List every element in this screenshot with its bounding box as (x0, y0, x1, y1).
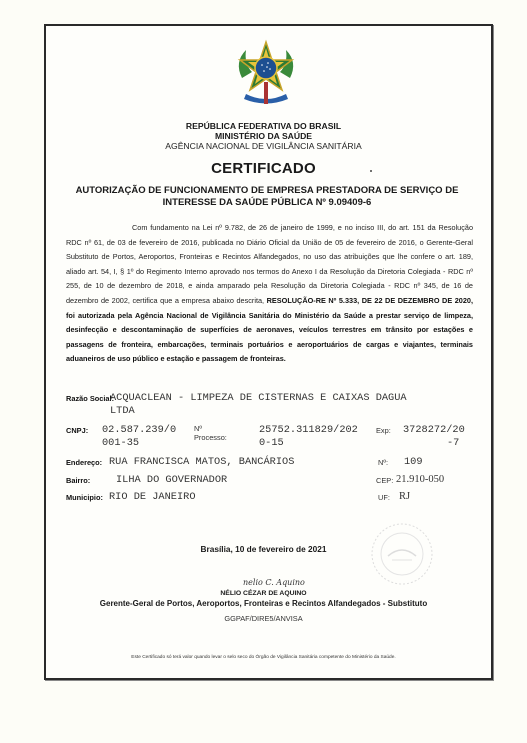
dry-seal-stamp-icon (368, 520, 436, 588)
place-and-date: Brasília, 10 de fevereiro de 2021 (0, 544, 527, 554)
page-title: CERTIFICADO (0, 160, 527, 177)
validity-note: Este Certificado só terá valor quando le… (0, 655, 527, 660)
body-paragraph-intro: Com fundamento na Lei nº 9.782, de 26 de… (66, 223, 473, 305)
subtitle-line-2: INTERESSE DA SAÚDE PÚBLICA Nº 9.09409-6 (62, 197, 472, 209)
cep-label: CEP: (376, 476, 393, 485)
signer-role: Gerente-Geral de Portos, Aeroportos, Fro… (0, 599, 527, 608)
cep-value: 21.910-050 (396, 474, 444, 487)
razao-social-value-line2: LTDA (110, 405, 135, 418)
department-code: GGPAF/DIRE5/ANVISA (0, 614, 527, 623)
processo-label-number: Nº (194, 424, 202, 433)
uf-label: UF: (378, 493, 390, 502)
municipio-value: RIO DE JANEIRO (109, 491, 196, 504)
processo-value-line1: 25752.311829/202 (259, 424, 358, 437)
stray-mark (370, 170, 372, 172)
body-paragraph-resolution: RESOLUÇÃO-RE Nº 5.333, DE 22 DE DEZEMBRO… (66, 296, 473, 363)
cnpj-value-line1: 02.587.239/0 (102, 424, 176, 437)
cnpj-label: CNPJ: (66, 426, 88, 435)
razao-social-label: Razão Social: (66, 394, 114, 403)
signature: nelio C. Aquino (243, 578, 305, 587)
exp-label: Exp: (376, 426, 391, 435)
numero-label: Nº: (378, 458, 388, 467)
bairro-label: Bairro: (66, 476, 90, 485)
razao-social-value-line1: ACQUACLEAN - LIMPEZA DE CISTERNAS E CAIX… (110, 392, 407, 405)
exp-value-line2: -7 (447, 437, 459, 450)
brazil-coat-of-arms-icon (228, 38, 304, 110)
processo-value-line2: 0-15 (259, 437, 284, 450)
processo-label: Processo: (194, 433, 227, 442)
certificate-subtitle: AUTORIZAÇÃO DE FUNCIONAMENTO DE EMPRESA … (62, 185, 472, 209)
republic-heading: REPÚBLICA FEDERATIVA DO BRASIL (0, 121, 527, 131)
certificate-body: Com fundamento na Lei nº 9.782, de 26 de… (66, 221, 473, 367)
endereco-label: Endereço: (66, 458, 102, 467)
uf-value: RJ (399, 491, 410, 504)
municipio-label: Municipio: (66, 493, 103, 502)
endereco-value: RUA FRANCISCA MATOS, BANCÁRIOS (109, 456, 294, 469)
numero-value: 109 (404, 456, 423, 469)
signer-name: NÉLIO CÉZAR DE AQUINO (0, 590, 527, 597)
bairro-value: ILHA DO GOVERNADOR (116, 474, 227, 487)
subtitle-line-1: AUTORIZAÇÃO DE FUNCIONAMENTO DE EMPRESA … (62, 185, 472, 197)
exp-value-line1: 3728272/20 (403, 424, 465, 437)
cnpj-value-line2: 001-35 (102, 437, 139, 450)
ministry-heading: MINISTÉRIO DA SAÚDE (0, 131, 527, 141)
agency-heading: AGÊNCIA NACIONAL DE VIGILÂNCIA SANITÁRIA (0, 141, 527, 151)
